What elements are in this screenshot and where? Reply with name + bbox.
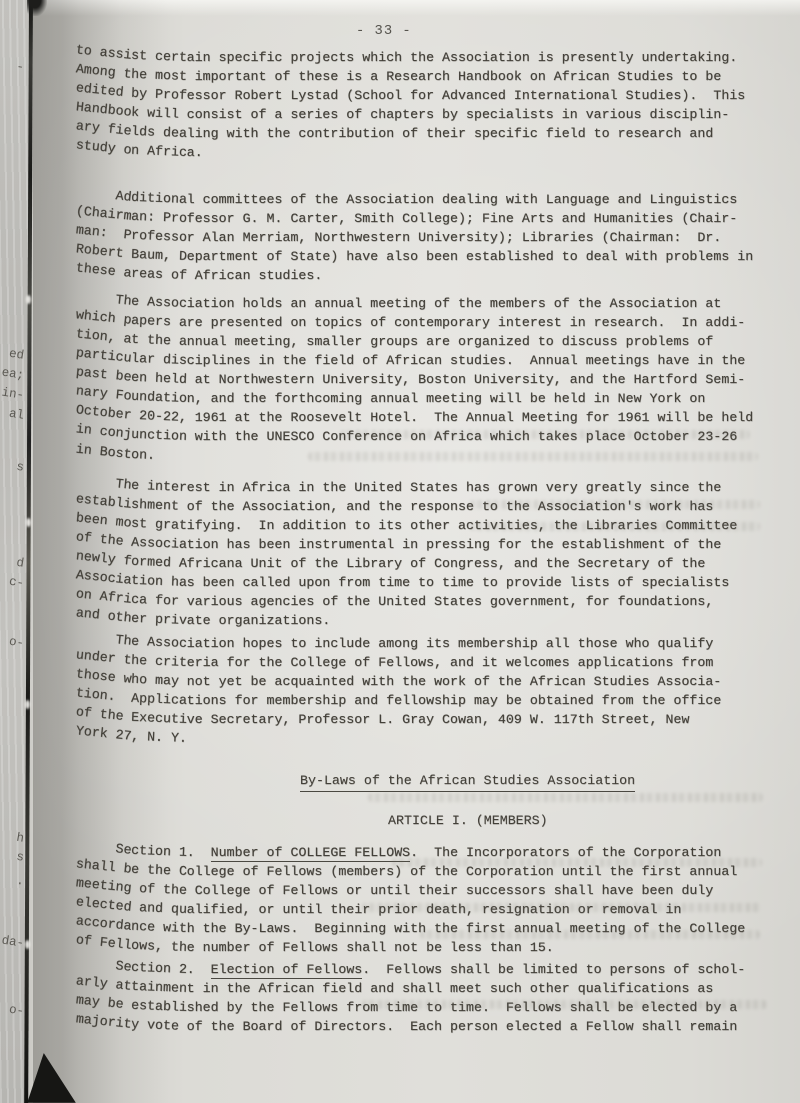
- text-line: nary Foundation, and the forthcoming ann…: [75, 389, 753, 408]
- bleedthrough-line: [362, 903, 762, 912]
- text-line: past been held at Northwestern Universit…: [75, 370, 753, 389]
- text-line: York 27, N. Y.: [75, 729, 721, 748]
- text-line: Among the most important of these is a R…: [75, 67, 745, 86]
- bleedthrough-line: [340, 430, 750, 439]
- paragraph: Additional committees of the Association…: [75, 190, 753, 285]
- article-heading: ARTICLE I. (MEMBERS): [388, 812, 548, 829]
- bleedthrough-line: [470, 500, 760, 509]
- text-line: of the Association has been instrumental…: [75, 535, 737, 554]
- bleedthrough-line: [362, 1000, 767, 1009]
- text-line: under the criteria for the College of Fe…: [75, 653, 721, 672]
- text-line: The Association hopes to include among i…: [75, 634, 721, 653]
- text-line: study on Africa.: [75, 143, 745, 162]
- text-line: edited by Professor Robert Lystad (Schoo…: [75, 86, 745, 105]
- text-line: The interest in Africa in the United Sta…: [75, 478, 737, 497]
- text-line: Robert Baum, Department of State) have a…: [75, 247, 753, 266]
- text-line: those who may not yet be acquainted with…: [75, 672, 721, 691]
- text-line: meeting of the College of Fellows or unt…: [75, 881, 745, 900]
- text-line: tion, at the annual meeting, smaller gro…: [75, 332, 753, 351]
- bleedthrough-line: [392, 858, 762, 867]
- paragraph: to assist certain specific projects whic…: [75, 48, 745, 162]
- scanned-page: - 33 - By-Laws of the African Studies As…: [0, 0, 800, 1103]
- bleedthrough-line: [308, 452, 758, 461]
- text-line: and other private organizations.: [75, 611, 737, 630]
- text-line: October 20-22, 1961 at the Roosevelt Hot…: [75, 408, 753, 427]
- page-number: - 33 -: [356, 24, 412, 39]
- text-line: Association has been called upon from ti…: [75, 573, 737, 592]
- bleedthrough-line: [420, 930, 760, 939]
- binding-glint: [25, 700, 30, 709]
- paragraph: The Association hopes to include among i…: [75, 634, 721, 748]
- bylaws-heading: By-Laws of the African Studies Associati…: [300, 772, 635, 792]
- text-line: particular disciplines in the field of A…: [75, 351, 753, 370]
- bleedthrough-line: [470, 522, 760, 531]
- binding-glint: [25, 940, 30, 949]
- text-line: on Africa for various agencies of the Un…: [75, 592, 737, 611]
- text-line: Handbook will consist of a series of cha…: [75, 105, 745, 124]
- text-line: tion. Applications for membership and fe…: [75, 691, 721, 710]
- text-line: Additional committees of the Association…: [75, 190, 753, 209]
- text-line: ary fields dealing with the contribution…: [75, 124, 745, 143]
- text-line: to assist certain specific projects whic…: [75, 48, 745, 67]
- text-line: of Fellows, the number of Fellows shall …: [75, 938, 745, 957]
- binding-glint: [26, 295, 31, 304]
- text-line: which papers are presented on topics of …: [75, 313, 753, 332]
- text-line: (Chairman: Professor G. M. Carter, Smith…: [75, 209, 753, 228]
- binding-glint: [26, 518, 31, 527]
- text-line: these areas of African studies.: [75, 266, 753, 285]
- bleedthrough-line: [368, 793, 763, 802]
- paragraph: Section 2. Election of Fellows. Fellows …: [75, 960, 745, 1036]
- text-line: Section 2. Election of Fellows. Fellows …: [75, 960, 745, 979]
- text-line: The Association holds an annual meeting …: [75, 294, 753, 313]
- text-line: of the Executive Secretary, Professor L.…: [75, 710, 721, 729]
- binding-top-mark: [27, 0, 47, 16]
- text-line: man: Professor Alan Merriam, Northwester…: [75, 228, 753, 247]
- paragraph: The Association holds an annual meeting …: [75, 294, 753, 465]
- text-line: majority vote of the Board of Directors.…: [75, 1017, 745, 1036]
- text-line: arly attainment in the African field and…: [75, 979, 745, 998]
- text-line: newly formed Africana Unit of the Librar…: [75, 554, 737, 573]
